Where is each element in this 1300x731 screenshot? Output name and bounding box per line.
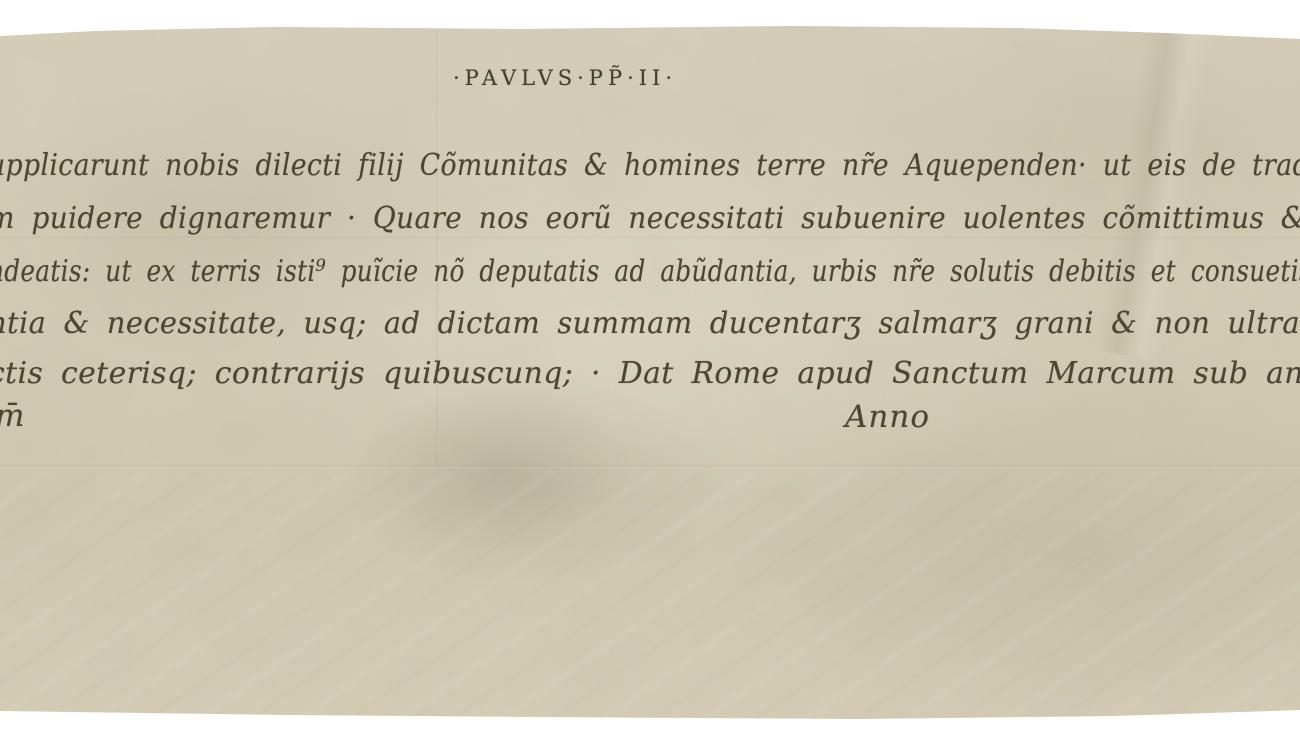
parchment-top-edge-shading (0, 0, 1300, 44)
manuscript-line: m puidere dignaremur · Quare nos eorũ ne… (0, 201, 1300, 236)
wrinkle-streaks (0, 471, 1300, 731)
manuscript-line: ndeatis: ut ex terris isti⁹ puĩcie nõ de… (0, 254, 1300, 289)
document-heading: ·PAVLVS·PP̃·II· (420, 66, 710, 90)
manuscript-line: ntia & necessitate, usq; ad dictam summa… (0, 306, 1300, 341)
parchment-bottom-edge-shading (0, 717, 1300, 731)
photo-canvas: ·PAVLVS·PP̃·II· upplicarunt nobis dilect… (0, 0, 1300, 731)
parchment-sheet: ·PAVLVS·PP̃·II· upplicarunt nobis dilect… (0, 0, 1300, 731)
manuscript-line: ctis ceterisq; contrarijs quibuscunq; · … (0, 356, 1300, 391)
manuscript-dateline-word: Anno (845, 399, 930, 435)
manuscript-line-fragment: m̄ (0, 398, 24, 434)
manuscript-line: upplicarunt nobis dilecti filij Cõmunita… (0, 148, 1300, 183)
